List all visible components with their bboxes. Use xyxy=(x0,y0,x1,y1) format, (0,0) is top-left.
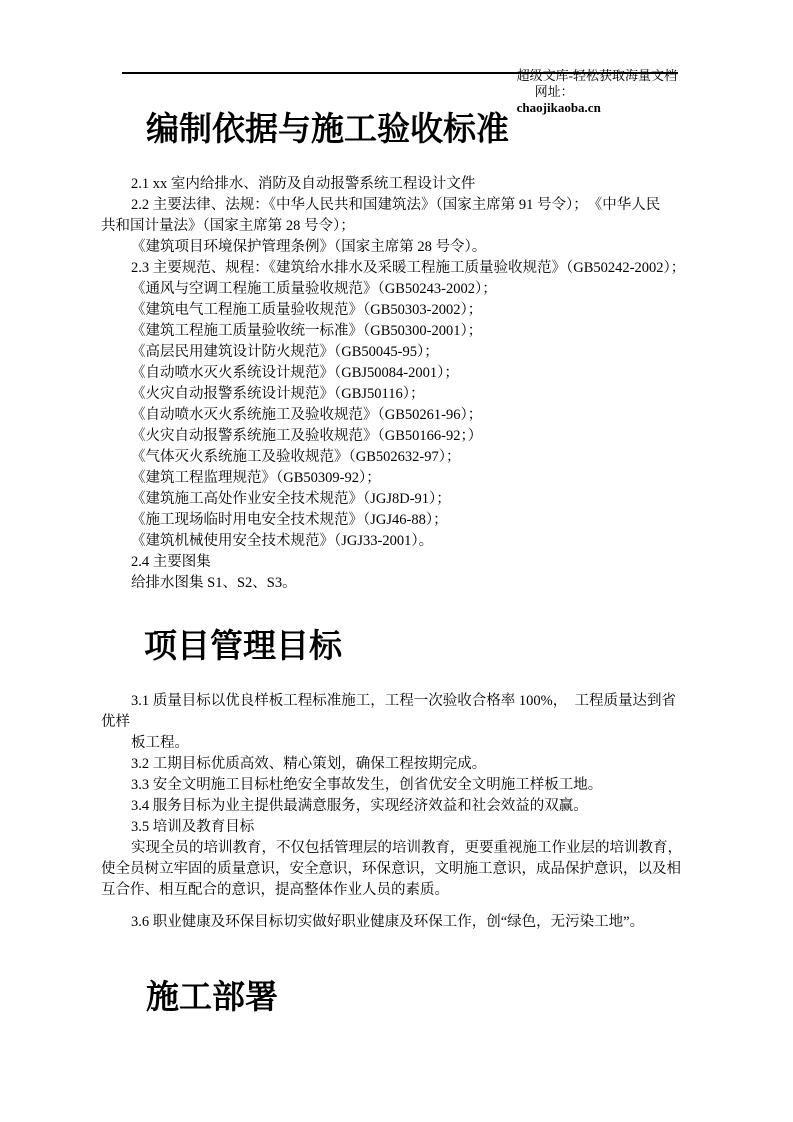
text-line: 《建筑机械使用安全技术规范》（JGJ33-2001）。 xyxy=(101,531,687,552)
section-body-project-management-goals: 3.1 质量目标以优良样板工程标准施工，工程一次验收合格率 100%， 工程质量… xyxy=(101,691,687,933)
text-line: 2.3 主要规范、规程：《建筑给水排水及采暖工程施工质量验收规范》（GB5024… xyxy=(101,258,687,279)
section-title-construction-deployment: 施工部署 xyxy=(146,978,278,1016)
text-line: 优样 xyxy=(101,712,687,733)
header-divider xyxy=(122,72,678,74)
text-line: 2.4 主要图集 xyxy=(101,552,687,573)
text-line: 3.4 服务目标为业主提供最满意服务，实现经济效益和社会效益的双赢。 xyxy=(101,796,687,817)
text-line: 《高层民用建筑设计防火规范》（GB50045-95）； xyxy=(101,342,687,363)
header-url-label: 网址： xyxy=(535,84,574,99)
text-line: 《建筑工程施工质量验收统一标准》（GB50300-2001）； xyxy=(101,321,687,342)
blank-line xyxy=(101,901,687,912)
header-url: chaojikaoba.cn xyxy=(517,100,601,115)
text-line: 《火灾自动报警系统设计规范》（GBJ50116）； xyxy=(101,384,687,405)
text-line: 给排水图集 S1、S2、S3。 xyxy=(101,573,687,594)
text-line: 板工程。 xyxy=(101,733,687,754)
document-page: 超级文库-轻松获取海量文档 网址： chaojikaoba.cn 编制依据与施工… xyxy=(0,0,793,1122)
page-header: 超级文库-轻松获取海量文档 网址： chaojikaoba.cn xyxy=(504,52,677,132)
text-line: 《自动喷水灭火系统施工及验收规范》（GB50261-96）； xyxy=(101,405,687,426)
section-title-compilation-basis: 编制依据与施工验收标准 xyxy=(146,110,509,148)
text-line: 《自动喷水灭火系统设计规范》（GBJ50084-2001）； xyxy=(101,363,687,384)
text-line: 《建筑电气工程施工质量验收规范》（GB50303-2002）； xyxy=(101,300,687,321)
text-line: 3.5 培训及教育目标 xyxy=(101,817,687,838)
text-line: 实现全员的培训教育，不仅包括管理层的培训教育，更要重视施工作业层的培训教育， xyxy=(101,838,687,859)
text-line: 2.2 主要法律、法规：《中华人民共和国建筑法》（国家主席第 91 号令）； 《… xyxy=(101,195,687,216)
text-line: 《施工现场临时用电安全技术规范》（JGJ46-88）； xyxy=(101,510,687,531)
text-line: 《建筑项目环境保护管理条例》（国家主席第 28 号令）。 xyxy=(101,237,687,258)
text-line: 《火灾自动报警系统施工及验收规范》（GB50166-92；） xyxy=(101,426,687,447)
text-line: 2.1 xx 室内给排水、消防及自动报警系统工程设计文件 xyxy=(101,174,687,195)
text-line: 共和国计量法》（国家主席第 28 号令）； xyxy=(101,216,687,237)
text-line: 3.1 质量目标以优良样板工程标准施工，工程一次验收合格率 100%， 工程质量… xyxy=(101,691,687,712)
text-line: 3.3 安全文明施工目标杜绝安全事故发生，创省优安全文明施工样板工地。 xyxy=(101,775,687,796)
text-line: 互合作、相互配合的意识，提高整体作业人员的素质。 xyxy=(101,880,687,901)
section-title-project-management-goals: 项目管理目标 xyxy=(144,627,342,665)
text-line: 《通风与空调工程施工质量验收规范》（GB50243-2002）； xyxy=(101,279,687,300)
section-body-compilation-basis: 2.1 xx 室内给排水、消防及自动报警系统工程设计文件2.2 主要法律、法规：… xyxy=(101,174,687,594)
text-line: 3.6 职业健康及环保目标切实做好职业健康及环保工作，创“绿色，无污染工地”。 xyxy=(101,912,687,933)
text-line: 《气体灭火系统施工及验收规范》（GB502632-97）； xyxy=(101,447,687,468)
text-line: 《建筑施工高处作业安全技术规范》（JGJ8D-91）； xyxy=(101,489,687,510)
text-line: 《建筑工程监理规范》（GB50309-92）； xyxy=(101,468,687,489)
text-line: 使全员树立牢固的质量意识，安全意识，环保意识，文明施工意识，成品保护意识，以及相 xyxy=(101,859,687,880)
text-line: 3.2 工期目标优质高效、精心策划，确保工程按期完成。 xyxy=(101,754,687,775)
header-site-label: 超级文库-轻松获取海量文档 xyxy=(517,68,677,83)
